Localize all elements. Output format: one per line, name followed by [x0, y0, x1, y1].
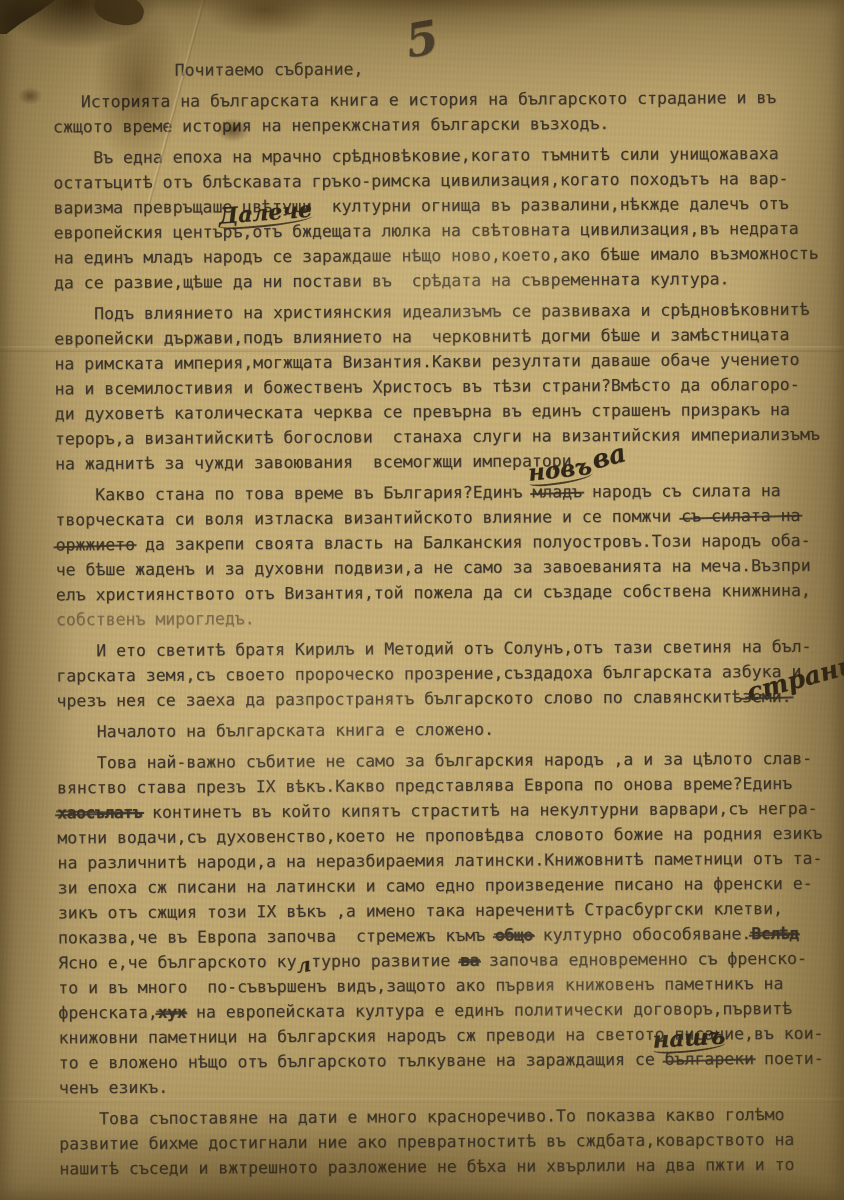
- typed-text: Началото на българската книга е сложено.: [97, 720, 494, 741]
- paragraph: Това съпоставяне на дати е много краснор…: [59, 1102, 844, 1182]
- typed-text: мотни водачи,съ духовенство,което не про…: [57, 824, 822, 848]
- struck-out-text: българеки: [665, 1049, 755, 1069]
- edge-stain: [91, 0, 147, 30]
- typed-text: културно обособяване.: [533, 924, 752, 944]
- paragraph: Въ една епоха на мрачно срѣдновѣковие,ко…: [53, 141, 844, 296]
- typed-text: на и всемилостивия и божественъ Христосъ…: [55, 375, 800, 399]
- typed-text: Почитаемо събрание,: [175, 60, 364, 80]
- typed-text: Ясно е,че българското ку: [58, 952, 297, 972]
- corner-tear: [0, 0, 58, 34]
- typed-text: турно развитие: [311, 951, 460, 971]
- typed-text: на единъ младъ народъ се зараждаше нѣщо …: [54, 244, 819, 268]
- typed-text: на римската империя,могжщата Византия.Ка…: [54, 350, 799, 374]
- typed-text: варизма превръщаше цвѣтущи културни огни…: [53, 194, 788, 217]
- text-line: на жаднитѣ за чужди завоювания всемогжщи…: [55, 447, 844, 477]
- handwritten-word: ва: [589, 440, 628, 474]
- typed-text: елъ християнството отъ Византия,той поже…: [56, 581, 811, 605]
- struck-out-text: ва: [460, 951, 479, 970]
- typed-text: на жаднитѣ за чужди завоювания всемогжщи…: [55, 451, 582, 473]
- typed-text: да закрепи своята власть на Балканския п…: [135, 531, 811, 554]
- typed-text: Историята на българската книга е история…: [81, 88, 776, 111]
- typed-text: гарската земя,съ своето пророческо прозр…: [56, 662, 801, 686]
- typed-text: Какво стана по това време въ България?Ед…: [95, 483, 532, 505]
- typed-text: Това най-важно събитие не само за българ…: [97, 749, 812, 772]
- horizontal-fold: [0, 346, 844, 352]
- typed-text: И ето светитѣ братя Кирилъ и Методий отъ…: [96, 637, 811, 660]
- typed-text: Подъ влиянието на християнския идеализъм…: [94, 300, 809, 323]
- typed-text: ди духоветѣ католическата черква се прев…: [55, 400, 790, 423]
- text-line: Началото на българската книга е сложено.: [57, 715, 844, 745]
- typewritten-text-block: Почитаемо събрание,Историята на българск…: [53, 54, 844, 1188]
- paragraph: Началото на българската книга е сложено.: [57, 715, 844, 745]
- typed-text: то и въ много по-съвършенъ видъ,защото а…: [58, 974, 783, 997]
- paragraph: Какво стана по това време въ България?Ед…: [55, 478, 844, 633]
- text-line: чрезъ нея се заеха да разпространятъ бъл…: [56, 684, 844, 714]
- typed-text: остатъцитѣ отъ блѣскавата гръко-римска ц…: [53, 169, 788, 192]
- typed-text: показва,че въ Европа започва стремежъ къ…: [58, 926, 495, 948]
- typed-text: вянство става презъ IX вѣкъ.Какво предст…: [57, 774, 792, 797]
- typed-text: на различнитѣ народи,а на неразбираемия …: [57, 849, 822, 873]
- typed-text: тероръ,а византийскитѣ богослови станаха…: [55, 425, 820, 449]
- text-line: Почитаемо събрание,: [53, 54, 844, 84]
- typed-text: творческата си воля изтласка византийско…: [55, 507, 681, 530]
- typed-text: започва едновременно съ френско-: [479, 949, 807, 970]
- typed-text: континетъ въ който кипятъ страститѣ на н…: [142, 799, 818, 822]
- text-line: нашитѣ съседи и вжтрешното разложение не…: [59, 1152, 844, 1182]
- struck-out-text: земи.: [742, 687, 792, 706]
- typed-text: собственъ мирогледъ.: [56, 609, 255, 629]
- text-line: то е вложено нѣщо отъ българското тълкув…: [59, 1046, 844, 1076]
- typed-text: зикъ отъ сжщия този IX вѣкъ ,а имено так…: [58, 899, 783, 922]
- typed-text: нашитѣ съседи и вжтрешното разложение не…: [59, 1155, 794, 1178]
- struck-out-text: общо: [495, 926, 533, 945]
- paragraph: И ето светитѣ братя Кирилъ и Методий отъ…: [56, 634, 844, 714]
- struck-out-text: хух: [158, 1003, 186, 1022]
- horizontal-fold: [0, 1098, 844, 1103]
- document-page: 5 Почитаемо събрание,Историята на българ…: [0, 0, 844, 1200]
- struck-out-text: оржжието: [55, 535, 135, 554]
- typed-text: на европейската култура е единъ политиче…: [186, 999, 792, 1022]
- text-line: ченъ езикъ.: [59, 1071, 844, 1101]
- typed-text: да се развие,щѣше да ни постави въ срѣда…: [54, 269, 730, 292]
- paragraph: Почитаемо събрание,: [53, 54, 844, 84]
- typed-text: народъ съ силата на: [582, 481, 781, 501]
- typed-text: Това съпоставяне на дати е много краснор…: [99, 1105, 785, 1128]
- typed-text: Въ една епоха на мрачно срѣдновѣковие,ко…: [93, 144, 779, 167]
- paragraph: Това най-важно събитие не само за българ…: [57, 746, 844, 1101]
- typed-text: развитие бихме достигнали ние ако превра…: [59, 1130, 794, 1153]
- typed-text: то е вложено нѣщо отъ българското тълкув…: [59, 1050, 665, 1073]
- typed-text: ченъ езикъ.: [59, 1078, 168, 1098]
- struck-out-text: хаосълатъ: [57, 803, 142, 823]
- text-line: собственъ мирогледъ.: [56, 603, 844, 633]
- typed-text: сжщото време история на непрекжснатия бъ…: [53, 114, 609, 136]
- struck-out-text: Вслѣд: [751, 924, 798, 943]
- paragraph: Подъ влиянието на християнския идеализъм…: [54, 297, 844, 477]
- typed-text: европейски държави,подъ влиянието на чер…: [54, 325, 789, 348]
- text-line: да се развие,щѣше да ни постави въ срѣда…: [54, 266, 844, 296]
- typed-text: френската,: [58, 1003, 157, 1023]
- typed-text: чрезъ нея се заеха да разпространятъ бъл…: [56, 687, 742, 710]
- typed-text: поети-: [754, 1049, 824, 1068]
- struck-out-text: съ силата на: [681, 506, 800, 526]
- text-line: тероръ,а византийскитѣ богослови станаха…: [55, 422, 844, 452]
- typed-text: че бѣше жаденъ и за духовни подвизи,а не…: [56, 556, 811, 580]
- typed-text: зи епоха сж писани на латински и само ед…: [58, 874, 813, 898]
- typed-text: отъ бждещата люлка на свѣтовната цивилиз…: [252, 219, 798, 241]
- handwritten-letter: л: [295, 954, 312, 976]
- struck-out-text: младъ: [532, 482, 582, 501]
